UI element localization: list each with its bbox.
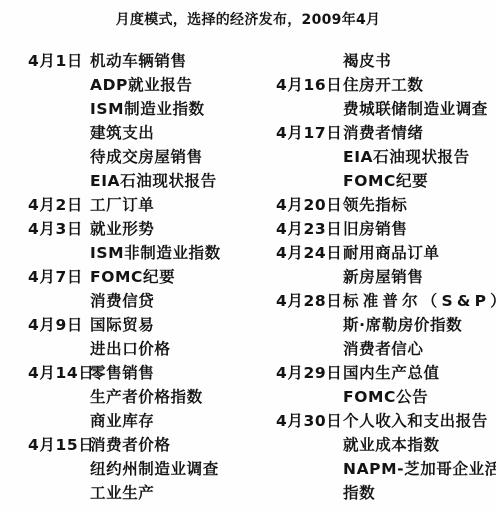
release-item: FOMC纪要 (90, 265, 175, 287)
schedule-row: 4月15日消费者价格 (0, 432, 248, 456)
schedule-row: 工业生产 (0, 480, 248, 504)
schedule-row: 4月1日机动车辆销售 (0, 48, 248, 72)
release-item: 消费者价格 (90, 433, 171, 455)
schedule-row: 4月24日耐用商品订单 (248, 240, 496, 264)
schedule-row: 费城联储制造业调查 (248, 96, 496, 120)
release-item: 纽约州制造业调查 (90, 457, 219, 479)
calendar-column-left: 4月1日机动车辆销售ADP就业报告ISM制造业指数建筑支出待成交房屋销售EIA石… (0, 48, 248, 504)
release-item: 就业形势 (90, 217, 154, 239)
release-item: EIA石油现状报告 (90, 169, 217, 191)
schedule-row: 就业成本指数 (248, 432, 496, 456)
release-item: ISM非制造业指数 (90, 241, 221, 263)
schedule-row: ISM制造业指数 (0, 96, 248, 120)
schedule-row: 消费信贷 (0, 288, 248, 312)
page-title: 月度模式，选择的经济发布，2009年4月 (0, 9, 496, 29)
release-item: 消费者情绪 (343, 121, 424, 143)
release-item: 零售销售 (90, 361, 154, 383)
schedule-row: 进出口价格 (0, 336, 248, 360)
release-item: 新房屋销售 (343, 265, 424, 287)
schedule-row: 4月9日国际贸易 (0, 312, 248, 336)
schedule-row: NAPM-芝加哥企业活动 (248, 456, 496, 480)
release-item: 斯·席勒房价指数 (343, 313, 462, 335)
release-item: 进出口价格 (90, 337, 171, 359)
release-item: EIA石油现状报告 (343, 145, 470, 167)
release-item: 国际贸易 (90, 313, 154, 335)
release-item: 工业生产 (90, 481, 154, 503)
schedule-row: 建筑支出 (0, 120, 248, 144)
schedule-row: 斯·席勒房价指数 (248, 312, 496, 336)
date-label: 4月20日 (276, 193, 343, 215)
schedule-row: EIA石油现状报告 (0, 168, 248, 192)
schedule-row: 4月29日国内生产总值 (248, 360, 496, 384)
release-item: 消费信贷 (90, 289, 154, 311)
release-item: 褐皮书 (343, 49, 391, 71)
release-item: ISM制造业指数 (90, 97, 205, 119)
schedule-row: 4月23日旧房销售 (248, 216, 496, 240)
release-item: 消费者信心 (343, 337, 424, 359)
date-label: 4月15日 (28, 433, 90, 455)
schedule-row: 4月7日FOMC纪要 (0, 264, 248, 288)
date-label: 4月1日 (28, 49, 90, 71)
schedule-row: 指数 (248, 480, 496, 504)
schedule-row: 4月30日个人收入和支出报告 (248, 408, 496, 432)
release-item: 住房开工数 (343, 73, 424, 95)
release-item: 费城联储制造业调查 (343, 97, 488, 119)
schedule-row: EIA石油现状报告 (248, 144, 496, 168)
schedule-row: 消费者信心 (248, 336, 496, 360)
schedule-row: FOMC公告 (248, 384, 496, 408)
date-label: 4月2日 (28, 193, 90, 215)
release-item: 国内生产总值 (343, 361, 440, 383)
date-label: 4月30日 (276, 409, 343, 431)
schedule-row: 4月14日零售销售 (0, 360, 248, 384)
schedule-row: 褐皮书 (248, 48, 496, 72)
date-label: 4月3日 (28, 217, 90, 239)
schedule-row: 生产者价格指数 (0, 384, 248, 408)
schedule-row: 商业库存 (0, 408, 248, 432)
release-item: 就业成本指数 (343, 433, 440, 455)
release-item: 旧房销售 (343, 217, 407, 239)
calendar-column-right: 褐皮书4月16日住房开工数费城联储制造业调查4月17日消费者情绪EIA石油现状报… (248, 48, 496, 504)
date-label: 4月16日 (276, 73, 343, 95)
release-item: 个人收入和支出报告 (343, 409, 488, 431)
schedule-row: 4月17日消费者情绪 (248, 120, 496, 144)
date-label: 4月28日 (276, 289, 343, 311)
schedule-row: ADP就业报告 (0, 72, 248, 96)
release-item: ADP就业报告 (90, 73, 192, 95)
economic-calendar-page: 月度模式，选择的经济发布，2009年4月 4月1日机动车辆销售ADP就业报告IS… (0, 0, 496, 513)
schedule-row: 纽约州制造业调查 (0, 456, 248, 480)
date-label: 4月23日 (276, 217, 343, 239)
schedule-row: 4月16日住房开工数 (248, 72, 496, 96)
release-item: 商业库存 (90, 409, 154, 431)
release-item: 指数 (343, 481, 375, 503)
schedule-row: 新房屋销售 (248, 264, 496, 288)
date-label: 4月17日 (276, 121, 343, 143)
release-item: 标准普尔（S&P）科 (343, 289, 496, 311)
schedule-row: 待成交房屋销售 (0, 144, 248, 168)
release-item: 待成交房屋销售 (90, 145, 203, 167)
calendar-grid: 4月1日机动车辆销售ADP就业报告ISM制造业指数建筑支出待成交房屋销售EIA石… (0, 48, 496, 504)
schedule-row: FOMC纪要 (248, 168, 496, 192)
date-label: 4月29日 (276, 361, 343, 383)
schedule-row: 4月28日标准普尔（S&P）科 (248, 288, 496, 312)
schedule-row: 4月2日工厂订单 (0, 192, 248, 216)
release-item: 机动车辆销售 (90, 49, 187, 71)
release-item: FOMC纪要 (343, 169, 428, 191)
date-label: 4月24日 (276, 241, 343, 263)
release-item: FOMC公告 (343, 385, 428, 407)
schedule-row: 4月3日就业形势 (0, 216, 248, 240)
release-item: 建筑支出 (90, 121, 154, 143)
release-item: 领先指标 (343, 193, 407, 215)
release-item: 生产者价格指数 (90, 385, 203, 407)
schedule-row: 4月20日领先指标 (248, 192, 496, 216)
release-item: 耐用商品订单 (343, 241, 440, 263)
date-label: 4月14日 (28, 361, 90, 383)
release-item: 工厂订单 (90, 193, 154, 215)
date-label: 4月9日 (28, 313, 90, 335)
schedule-row: ISM非制造业指数 (0, 240, 248, 264)
date-label: 4月7日 (28, 265, 90, 287)
release-item: NAPM-芝加哥企业活动 (343, 457, 496, 479)
